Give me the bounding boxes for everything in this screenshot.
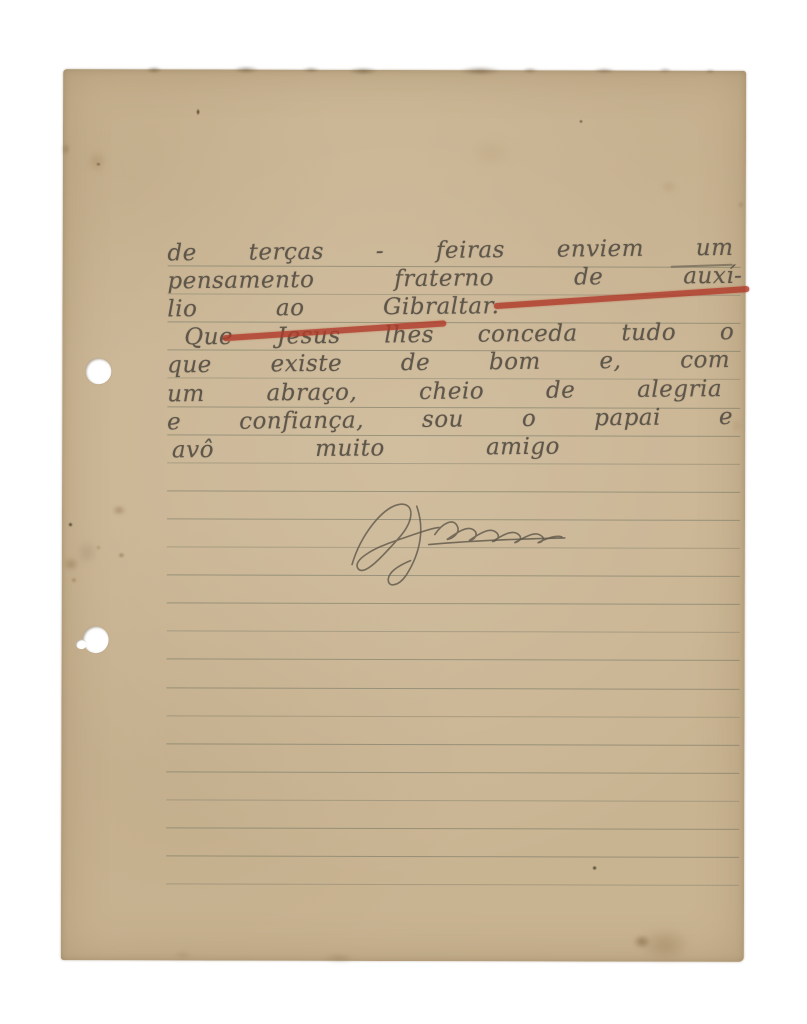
ruled-line xyxy=(167,603,740,606)
aging-stain xyxy=(323,954,355,963)
aging-stain xyxy=(348,67,378,75)
aging-stain xyxy=(579,119,583,123)
aging-stain xyxy=(593,67,615,73)
aging-stain xyxy=(146,66,162,73)
aging-stain xyxy=(468,138,514,168)
aging-stain xyxy=(76,539,98,565)
ruled-line xyxy=(166,771,739,774)
ruled-line xyxy=(166,799,739,802)
ruled-line xyxy=(167,631,740,634)
stains-layer xyxy=(63,69,746,71)
aging-stain xyxy=(87,149,107,173)
aging-stain xyxy=(71,577,77,583)
aging-stain xyxy=(459,66,501,75)
ruled-line xyxy=(166,884,739,887)
aging-stain xyxy=(302,67,320,73)
aging-stain xyxy=(62,143,70,155)
punch-hole-bottom xyxy=(83,626,109,653)
aging-stain xyxy=(112,505,126,515)
ruled-line xyxy=(167,490,740,493)
aging-stain xyxy=(233,66,259,74)
aging-stain xyxy=(68,522,73,527)
aging-stain xyxy=(738,201,744,209)
aging-stain xyxy=(705,69,715,74)
aging-stain xyxy=(522,67,538,73)
aging-stain xyxy=(118,552,125,558)
aging-stain xyxy=(661,181,677,193)
aging-stain xyxy=(196,108,200,115)
aging-stain xyxy=(633,935,651,949)
ruled-line xyxy=(167,659,740,662)
ruled-line xyxy=(166,855,739,858)
ruled-lines-layer xyxy=(63,69,746,71)
aging-stain xyxy=(592,865,597,870)
letter-page: de terças - feiras enviem um pensamento … xyxy=(61,69,746,962)
aging-stain xyxy=(658,68,672,73)
ruled-line xyxy=(167,687,740,690)
ruled-line xyxy=(166,827,739,830)
punch-hole-top xyxy=(85,358,111,384)
scanned-letter-background: de terças - feiras enviem um pensamento … xyxy=(0,0,807,1024)
punch-hole-bottom-notch xyxy=(76,639,87,649)
signature xyxy=(330,494,582,591)
aging-stain xyxy=(732,419,742,433)
handwritten-line-8: avô muito amigo xyxy=(172,433,560,467)
ruled-line xyxy=(166,743,739,746)
aging-stain xyxy=(63,557,79,571)
aging-stain xyxy=(173,951,193,959)
ruled-line xyxy=(166,715,739,718)
